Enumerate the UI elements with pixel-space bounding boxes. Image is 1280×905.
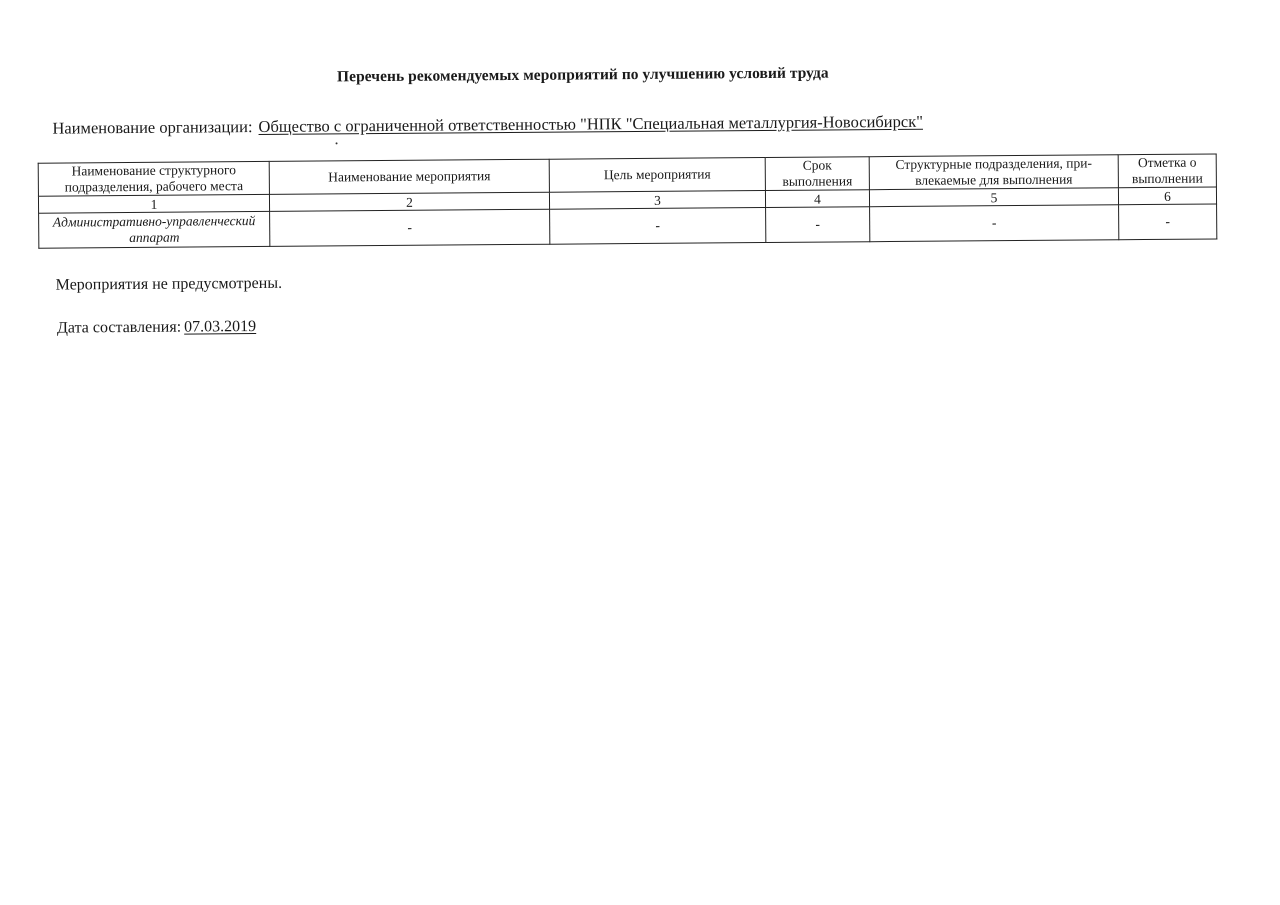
cell-goal: - — [550, 208, 766, 245]
header-involved-units: Структурные подразделения, при-влекаемые… — [869, 155, 1118, 190]
cell-deadline: - — [766, 207, 870, 243]
measures-table: Наименование структурного подразделения,… — [38, 153, 1218, 248]
cell-involved-units: - — [870, 205, 1119, 242]
column-number: 5 — [869, 188, 1118, 207]
column-number: 6 — [1118, 187, 1216, 205]
cell-department: Административно-управленческий аппарат — [39, 211, 270, 248]
organization-label: Наименование организации: — [52, 117, 252, 138]
header-measure: Наименование мероприятия — [269, 159, 549, 194]
cell-measure: - — [270, 209, 550, 246]
date-value: 07.03.2019 — [181, 318, 261, 336]
organization-name: Общество с ограниченной ответственностью… — [252, 112, 937, 136]
cell-completion-mark: - — [1119, 204, 1217, 240]
column-number: 1 — [38, 194, 269, 213]
date-label: Дата составления: — [57, 319, 181, 337]
header-department: Наименование структурного подразделения,… — [38, 161, 269, 196]
note-text: Мероприятия не предусмотрены. — [56, 275, 283, 295]
organization-line: Наименование организации:Общество с огра… — [52, 112, 937, 139]
column-number: 4 — [765, 190, 869, 208]
header-completion-mark: Отметка о выполнении — [1118, 154, 1216, 188]
scan-dot — [336, 142, 338, 144]
header-deadline: Срок выполнения — [765, 157, 869, 191]
header-goal: Цель мероприятия — [549, 158, 765, 193]
date-line: Дата составления:07.03.2019 — [57, 318, 261, 338]
document-page: Перечень рекомендуемых мероприятий по ул… — [0, 0, 1280, 905]
document-title: Перечень рекомендуемых мероприятий по ул… — [337, 64, 917, 87]
column-number: 3 — [549, 191, 765, 210]
column-number: 2 — [269, 192, 549, 211]
